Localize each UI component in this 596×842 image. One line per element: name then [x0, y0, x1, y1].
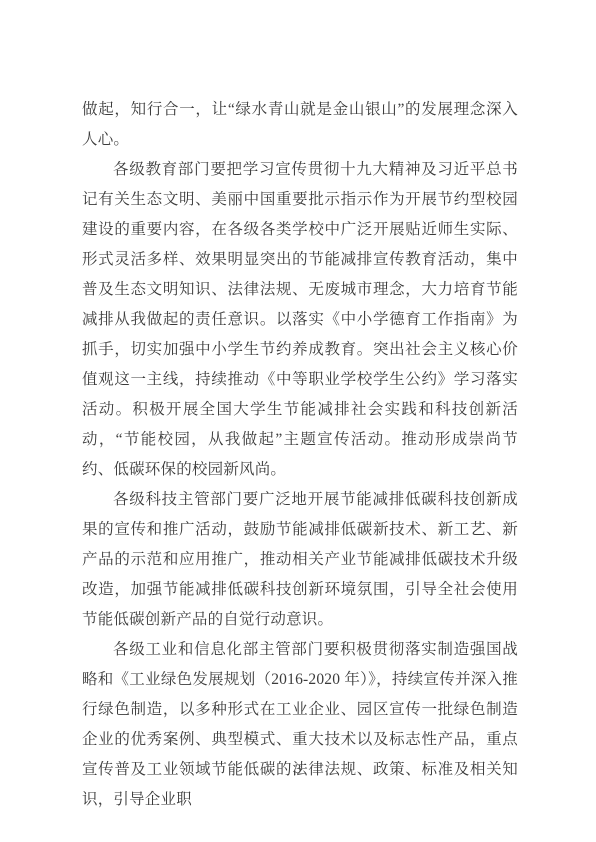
- paragraph-continuation: 做起，知行合一，让“绿水青山就是金山银山”的发展理念深入人心。: [82, 95, 518, 155]
- document-page: 做起，知行合一，让“绿水青山就是金山银山”的发展理念深入人心。 各级教育部门要把…: [0, 0, 596, 842]
- document-body: 做起，知行合一，让“绿水青山就是金山银山”的发展理念深入人心。 各级教育部门要把…: [82, 95, 518, 815]
- paragraph-education-departments: 各级教育部门要把学习宣传贯彻十九大精神及习近平总书记有关生态文明、美丽中国重要批…: [82, 155, 518, 485]
- page-number: 3: [0, 760, 596, 778]
- paragraph-science-tech-departments: 各级科技主管部门要广泛地开展节能减排低碳科技创新成果的宣传和推广活动，鼓励节能减…: [82, 485, 518, 635]
- paragraph-industry-it-departments: 各级工业和信息化部主管部门要积极贯彻落实制造强国战略和《工业绿色发展规划（201…: [82, 635, 518, 815]
